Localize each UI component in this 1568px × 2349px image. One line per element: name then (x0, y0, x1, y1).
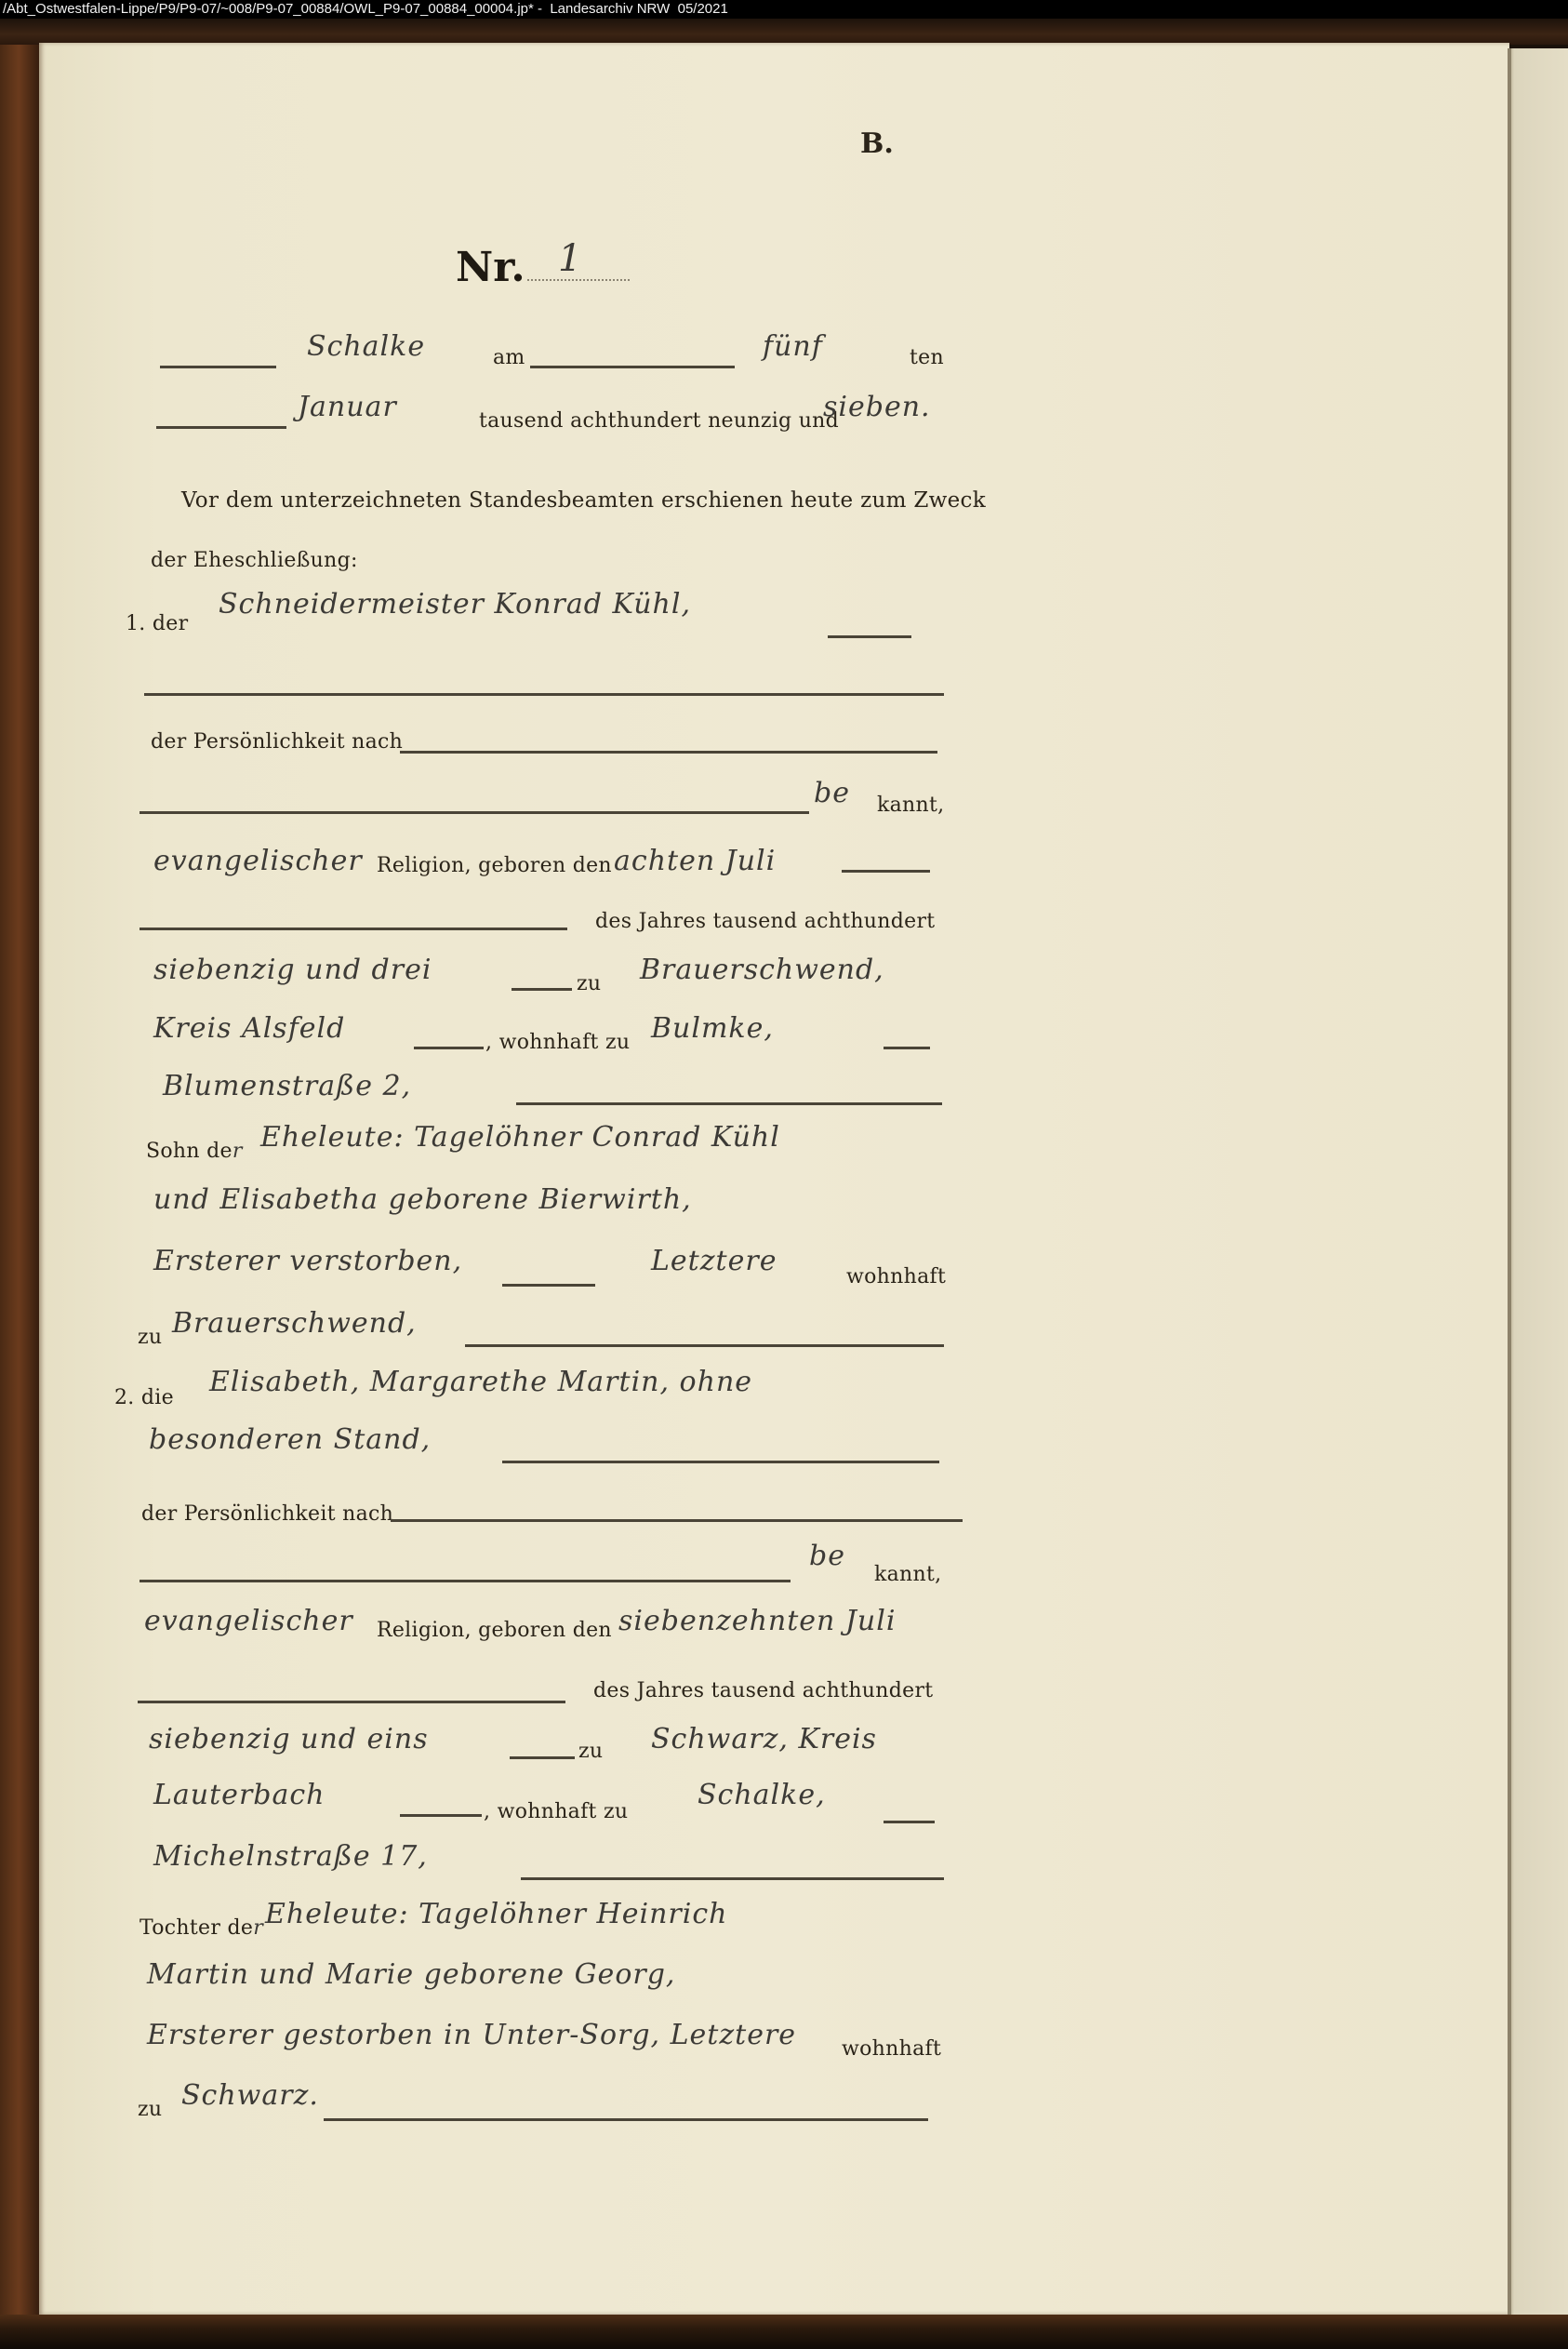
bride-parents-label: Tochter der (140, 1916, 264, 1940)
groom-parents-wohnhaft: wohnhaft (846, 1265, 946, 1288)
bride-known-suffix: kannt, (874, 1563, 941, 1586)
rule (324, 2118, 928, 2121)
bride-identity-label: der Persönlichkeit nach (141, 1502, 393, 1526)
rule (510, 1756, 575, 1759)
rule (400, 751, 937, 754)
groom-parents-line-3b: Letztere (651, 1245, 777, 1277)
rule (884, 1047, 930, 1049)
rule (530, 366, 735, 368)
groom-wohnhaft-label: , wohnhaft zu (485, 1031, 630, 1054)
rule (140, 1580, 791, 1582)
am-label: am (493, 346, 525, 369)
groom-birth-place: Brauerschwend, (640, 954, 884, 986)
rule (138, 1701, 565, 1703)
bride-parents-wohnhaft: wohnhaft (842, 2037, 941, 2061)
groom-parents-line-1: Eheleute: Tagelöhner Conrad Kühl (260, 1121, 780, 1154)
rule (144, 693, 944, 696)
rule (502, 1284, 595, 1287)
rule (160, 366, 276, 368)
record-number-heading: Nr. (456, 244, 631, 291)
next-page-edge (1509, 48, 1568, 2315)
bride-residence: Schalke, (698, 1779, 826, 1811)
page-fold (1508, 48, 1511, 2315)
bride-street: Michelnstraße 17, (153, 1840, 428, 1873)
groom-known-prefix: be (814, 777, 850, 809)
year-printed: tausend achthundert neunzig und (479, 409, 839, 433)
rule (156, 426, 286, 429)
rule (512, 988, 572, 991)
bride-known-prefix: be (809, 1540, 845, 1572)
rule (140, 811, 809, 814)
bride-religion-label: Religion, geboren den (377, 1619, 612, 1642)
groom-parents-label: Sohn der (146, 1140, 243, 1163)
groom-street: Blumenstraße 2, (163, 1070, 411, 1102)
book-binding-bottom (0, 2315, 1568, 2349)
year-handwritten: sieben. (823, 391, 931, 423)
bride-parents-line-1: Eheleute: Tagelöhner Heinrich (265, 1898, 727, 1930)
month-handwritten: Januar (298, 391, 397, 423)
bride-birth-place-2: Lauterbach (153, 1779, 326, 1811)
rule (521, 1877, 944, 1880)
rule (140, 928, 567, 930)
groom-parents-residence: Brauerschwend, (172, 1307, 417, 1340)
groom-identity-label: der Persönlichkeit nach (151, 730, 403, 754)
bride-parents-zu: zu (138, 2098, 162, 2121)
bride-parents-line-2: Martin und Marie geborene Georg, (147, 1958, 675, 1991)
bride-year-label: des Jahres tausend achthundert (593, 1679, 933, 1702)
record-number-label: Nr. (456, 244, 525, 291)
record-number: 1 (558, 237, 582, 280)
bride-label: 2. die (114, 1386, 174, 1409)
groom-birth-day: achten Juli (614, 845, 776, 877)
groom-label: 1. der (126, 612, 188, 635)
bride-birth-year: siebenzig und eins (149, 1723, 429, 1755)
groom-religion: evangelischer (153, 845, 363, 877)
section-letter: B. (860, 127, 894, 160)
groom-residence: Bulmke, (651, 1012, 774, 1045)
rule (842, 870, 930, 873)
groom-name: Schneidermeister Konrad Kühl, (219, 588, 691, 621)
groom-parents-line-3a: Ersterer verstorben, (153, 1245, 462, 1277)
bride-birth-day: siebenzehnten Juli (618, 1605, 896, 1637)
rule (884, 1821, 935, 1823)
intro-text: Vor dem unterzeichneten Standesbeamten e… (181, 488, 986, 513)
groom-birth-place-2: Kreis Alsfeld (153, 1012, 345, 1045)
day-suffix: ten (910, 346, 944, 369)
window-title: /Abt_Ostwestfalen-Lippe/P9/P9-07/~008/P9… (3, 1, 728, 17)
bride-parents-line-3: Ersterer gestorben in Unter-Sorg, Letzte… (147, 2019, 796, 2051)
rule (502, 1461, 939, 1463)
rule (400, 1814, 482, 1817)
bride-birth-place: Schwarz, Kreis (651, 1723, 877, 1755)
groom-year-label: des Jahres tausend achthundert (595, 910, 935, 933)
window-title-bar: /Abt_Ostwestfalen-Lippe/P9/P9-07/~008/P9… (0, 0, 1568, 19)
place-handwritten: Schalke (307, 330, 425, 363)
groom-zu: zu (577, 972, 601, 995)
groom-known-suffix: kannt, (877, 794, 944, 817)
rule (391, 1519, 963, 1522)
rule (414, 1047, 484, 1049)
bride-wohnhaft-label: , wohnhaft zu (484, 1800, 628, 1823)
bride-name-2: besonderen Stand, (149, 1423, 431, 1456)
bride-name: Elisabeth, Margarethe Martin, ohne (209, 1366, 752, 1398)
groom-parents-line-2: und Elisabetha geborene Bierwirth, (153, 1183, 692, 1216)
book-binding-top (0, 19, 1568, 45)
bride-zu: zu (578, 1740, 603, 1763)
intro-text-2: der Eheschließung: (151, 549, 358, 572)
groom-religion-label: Religion, geboren den (377, 854, 612, 877)
rule (465, 1344, 944, 1347)
groom-parents-zu: zu (138, 1326, 162, 1349)
bride-religion: evangelischer (144, 1605, 353, 1637)
bride-parents-residence: Schwarz. (181, 2079, 319, 2112)
groom-birth-year: siebenzig und drei (153, 954, 432, 986)
rule (516, 1102, 942, 1105)
day-handwritten: fünf (763, 330, 823, 363)
rule (828, 635, 911, 638)
